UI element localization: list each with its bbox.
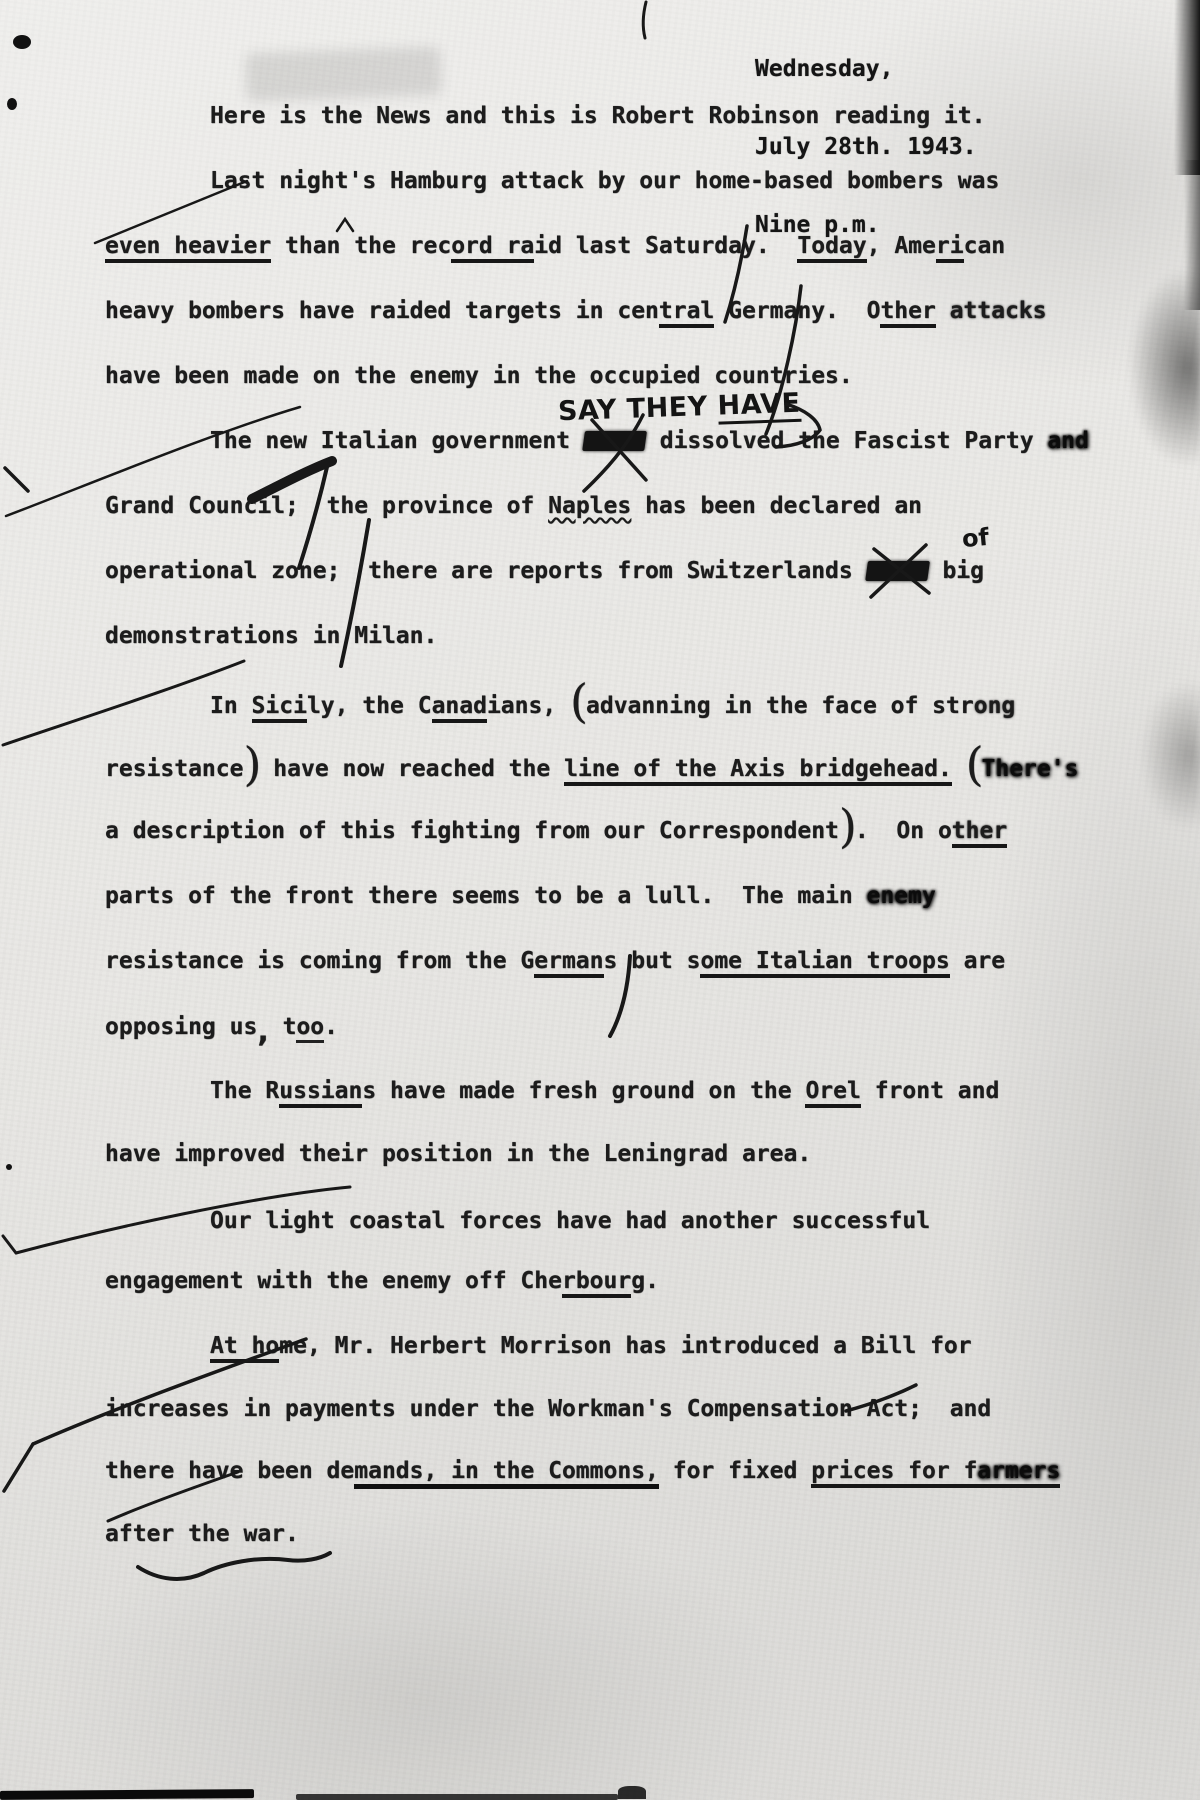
text-segment: has been declared an (631, 493, 922, 519)
ink-smudge (1128, 268, 1200, 468)
typed-line: Last night's Hamburg attack by our home-… (210, 168, 999, 195)
underlined-text: ther (880, 298, 935, 328)
header-pen-mark (643, 2, 646, 38)
text-segment: . On o (855, 818, 952, 844)
typed-line: Here is the News and this is Robert Robi… (210, 103, 985, 130)
text-segment: than the rec (271, 233, 451, 259)
typed-line: demonstrations in Milan. (105, 623, 437, 650)
scanned-news-script: Wednesday, July 28th. 1943. Nine p.m. He… (0, 0, 1200, 1800)
scan-edge-shadow (1174, 0, 1200, 175)
text-segment: are (950, 948, 1005, 974)
text-segment: s (604, 948, 618, 974)
text-segment: there have been de (105, 1458, 354, 1484)
text-segment: dissolved the Fascist Party (646, 428, 1034, 454)
redacted-word (582, 431, 647, 451)
text-segment: id last Saturday. (534, 233, 769, 259)
text-segment: t (269, 1014, 297, 1040)
typed-line: increases in payments under the Workman'… (105, 1396, 991, 1423)
underlined-text: ri (936, 233, 964, 263)
text-segment: the province of (299, 493, 548, 519)
underlined-text: rbour (562, 1268, 631, 1298)
handwritten-of-insertion: of (961, 523, 990, 553)
erased-letterhead-smudge (245, 47, 442, 102)
underlined-text: At ho (210, 1333, 279, 1363)
text-segment: . (324, 1014, 338, 1040)
typed-line: The Russians have made fresh ground on t… (210, 1078, 999, 1105)
underlined-text: prices for f (811, 1458, 977, 1488)
typed-line: heavy bombers have raided targets in cen… (105, 298, 1047, 325)
text-segment: opposing us (105, 1014, 257, 1040)
typed-line: In Sicily, the Canadians, (advanning in … (210, 693, 1015, 720)
typed-line: have been made on the enemy in the occup… (105, 363, 853, 390)
underlined-text: line of the Axis bridgehead. (564, 756, 952, 786)
margin-check-mark (4, 1444, 33, 1491)
margin-slash-mark (3, 661, 244, 745)
underlined-text: tral (659, 298, 714, 328)
text-segment: have now reached the (259, 756, 564, 782)
text-segment: heavy bombers have raided targets in cen (105, 298, 659, 324)
dateline-day: Wednesday, (755, 56, 977, 82)
text-segment: increases in payments under the Workman'… (105, 1396, 867, 1422)
redacted-word (865, 561, 930, 581)
typed-line: At home, Mr. Herbert Morrison has introd… (210, 1333, 972, 1360)
squiggle-underline (138, 1553, 330, 1579)
text-segment: after the war. (105, 1521, 299, 1547)
typed-line: The new Italian government dissolved the… (210, 428, 1089, 455)
typed-line: opposing us, too. (105, 1011, 338, 1041)
margin-tick-mark (5, 468, 28, 491)
scan-edge-bar (0, 1789, 254, 1800)
underlined-text: ord ra (451, 233, 534, 263)
text-segment: operational zone; (105, 558, 340, 584)
text-segment: for fixed (659, 1458, 811, 1484)
underlined-text: ther (952, 818, 1007, 848)
text-segment: The new Italian government (210, 428, 584, 454)
typed-line: even heavier than the record raid last S… (105, 233, 1005, 260)
text-segment: advanning in the face of str (586, 693, 974, 719)
typed-line: have improved their position in the Leni… (105, 1141, 811, 1168)
text-segment: ians, (487, 693, 570, 719)
text-segment: Grand Council; (105, 493, 299, 519)
typed-line: Our light coastal forces have had anothe… (210, 1208, 930, 1235)
ink-dot (6, 1164, 12, 1170)
ink-blot (7, 98, 17, 110)
handwritten-comma: , (257, 1018, 268, 1045)
text-segment: The R (210, 1078, 279, 1104)
text-segment: resistance is coming from the G (105, 948, 534, 974)
text-segment: can (964, 233, 1006, 259)
text-segment: ly, the C (307, 693, 432, 719)
caret-mark (337, 219, 353, 231)
typed-line: resistance) have now reached the line of… (105, 756, 1079, 783)
text-segment: Act (867, 1396, 909, 1422)
text-segment: Here is the News and this is Robert Robi… (210, 103, 985, 129)
dateline-date: July 28th. 1943. (755, 134, 977, 160)
underlined-text: ome Italian troops (700, 948, 949, 978)
text-segment: demonstrations in Milan. (105, 623, 437, 649)
scan-edge-shadow (1184, 160, 1200, 310)
underlined-text: armers (977, 1458, 1060, 1488)
text-segment (770, 233, 798, 259)
underlined-text: even heavier (105, 233, 271, 263)
scan-edge-bar (296, 1794, 618, 1800)
margin-hook-mark (3, 1236, 16, 1253)
underlined-text: ussian (279, 1078, 362, 1108)
text-segment: s have made fresh ground on the (362, 1078, 805, 1104)
handwritten-text-underlined: HAVE (717, 388, 801, 425)
text-segment: In (210, 693, 252, 719)
ink-blot (13, 35, 31, 49)
typed-line: operational zone; there are reports from… (105, 558, 984, 585)
typed-line: after the war. (105, 1521, 299, 1548)
smudged-text: ong (974, 693, 1016, 719)
text-segment: there are reports from Switzerlands (340, 558, 866, 584)
text-segment: g. (631, 1268, 659, 1294)
underlined-text: mands, in the Commons, (354, 1458, 659, 1489)
text-segment: Last night's Hamburg attack by our home-… (210, 168, 999, 194)
smudged-text: and (1034, 428, 1089, 454)
text-segment: engagement with the enemy off Che (105, 1268, 562, 1294)
underlined-text: oo (296, 1014, 324, 1043)
underlined-text: Orel (805, 1078, 860, 1108)
handwritten-text: SAY THEY (558, 391, 719, 428)
typed-line: parts of the front there seems to be a l… (105, 883, 936, 910)
underlined-text: anad (432, 693, 487, 723)
text-segment: but s (617, 948, 700, 974)
text-segment: me, Mr. Herbert Morrison has introduced … (279, 1333, 971, 1359)
text-segment: resistance (105, 756, 243, 782)
text-segment: O (839, 298, 881, 324)
smudged-text: enemy (867, 883, 936, 909)
typed-line: engagement with the enemy off Cherbourg. (105, 1268, 659, 1295)
handwritten-insertion: SAY THEY HAVE (558, 388, 802, 427)
scan-edge-blob (618, 1786, 646, 1799)
text-segment (952, 756, 966, 782)
typed-line: resistance is coming from the Germans bu… (105, 948, 1005, 975)
text-segment: have improved their position in the Leni… (105, 1141, 811, 1167)
text-segment: Germany. (714, 298, 839, 324)
ink-smudge (1140, 680, 1200, 830)
typed-line: there have been demands, in the Commons,… (105, 1458, 1060, 1485)
text-segment: big (929, 558, 984, 584)
text-segment: front and (861, 1078, 999, 1104)
text-segment: have been made on the enemy in the occup… (105, 363, 853, 389)
underlined-text: erman (534, 948, 603, 978)
underlined-text: Today (797, 233, 866, 263)
smudged-text: There's (982, 756, 1079, 782)
typed-line: Grand Council; the province of Naples ha… (105, 493, 922, 520)
typed-line: a description of this fighting from our … (105, 818, 1007, 845)
underlined-text: Sici (252, 693, 307, 723)
text-segment: a description of this fighting from our … (105, 818, 839, 844)
text-segment: parts of the front there seems to be a l… (105, 883, 867, 909)
text-segment: ; and (908, 1396, 991, 1422)
smudged-text: attacks (936, 298, 1047, 324)
text-segment: , Ame (867, 233, 936, 259)
underlined-text: Naples (548, 493, 631, 519)
text-segment: Our light coastal forces have had anothe… (210, 1208, 930, 1234)
